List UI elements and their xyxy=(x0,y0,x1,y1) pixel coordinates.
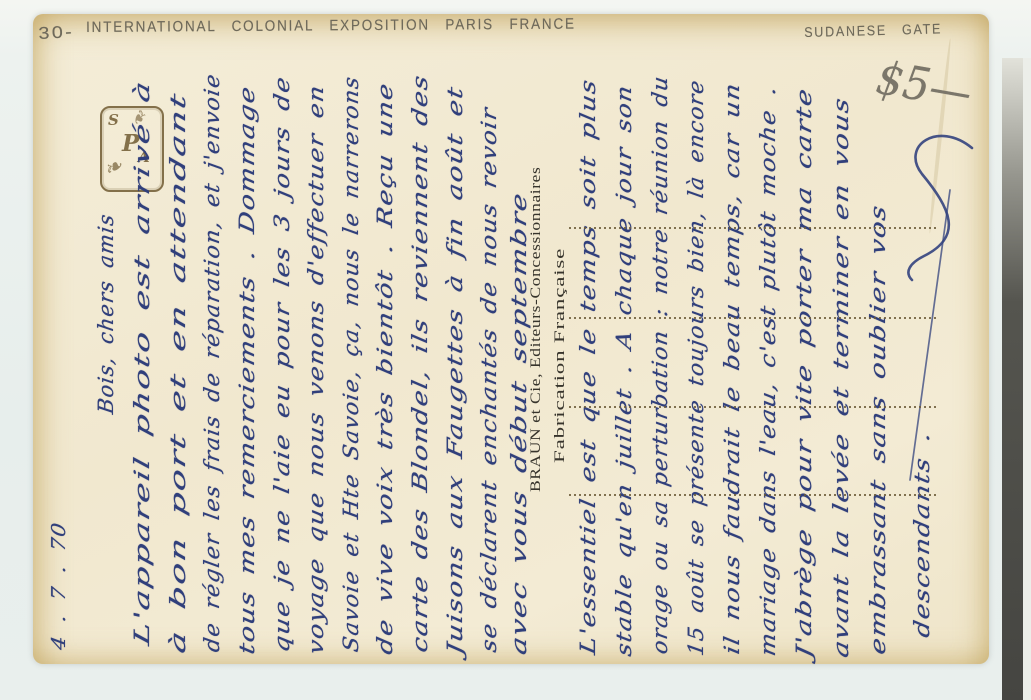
message-line: mariage dans l'eau, c'est plutôt moche . xyxy=(756,84,780,658)
message-line: orage ou sa perturbation : notre réunion… xyxy=(648,74,672,656)
message-line: il nous faudrait le beau temps, car un xyxy=(720,80,744,656)
message-line: Bois, chers amis xyxy=(94,212,118,415)
message-line: de régler les frais de réparation, et j'… xyxy=(200,72,224,654)
message-line: tous mes remerciements . Dommage xyxy=(235,83,259,656)
message-line: Savoie et Hte Savoie, ça, nous le narrer… xyxy=(339,74,363,653)
signature-flourish xyxy=(888,128,988,498)
message-date: 4 . 7 . 70 xyxy=(48,520,70,651)
pencil-title: INTERNATIONAL COLONIAL EXPOSITION PARIS … xyxy=(86,16,576,36)
scan-edge-outer xyxy=(1023,58,1031,700)
message-line: se déclarent enchantés de nous revoir xyxy=(477,105,501,654)
message-line: à bon port et en attendant xyxy=(166,90,190,656)
address-dotted-line xyxy=(569,406,938,408)
address-dotted-line xyxy=(569,317,938,319)
message-line: de vive voix très bientôt . Reçu une xyxy=(373,80,397,656)
message-line: Juisons aux Faugettes à fin août et xyxy=(443,84,467,657)
publisher-line2: Fabrication Française xyxy=(552,248,569,463)
postcard-scan: S P A ❧ ❧ 30-INTERNATIONAL COLONIAL EXPO… xyxy=(0,0,1031,700)
address-dotted-line xyxy=(569,494,938,496)
message-line: 15 août se présente toujours bien, là en… xyxy=(684,78,708,658)
address-dotted-line xyxy=(569,227,938,229)
pencil-number: 30- xyxy=(38,22,74,44)
message-line: carte des Blondel, ils reviennent des xyxy=(408,72,432,654)
message-line: embrassant sans oublier vos xyxy=(866,202,890,656)
publisher-line1: BRAUN et Cie, Editeurs-Concessionnaires xyxy=(528,167,545,492)
message-line: que je ne l'aie eu pour les 3 jours de xyxy=(270,74,294,654)
stamp-letter-s: S xyxy=(108,111,119,129)
message-line: voyage que nous venons d'effectuer en xyxy=(304,83,328,656)
message-line: L'essentiel est que le temps soit plus xyxy=(576,77,600,657)
stamp-foliage-icon: ❧ xyxy=(100,153,127,183)
scan-edge-right xyxy=(1002,58,1023,700)
message-line: descendants . xyxy=(910,429,934,639)
message-line: J'abrège pour vite porter ma carte xyxy=(792,86,816,660)
message-line: avant la levée et terminer en vous xyxy=(829,95,853,659)
message-line: stable qu'en juillet . A chaque jour son xyxy=(612,83,636,658)
message-line: L'appareil photo est arrivé à xyxy=(130,77,154,647)
